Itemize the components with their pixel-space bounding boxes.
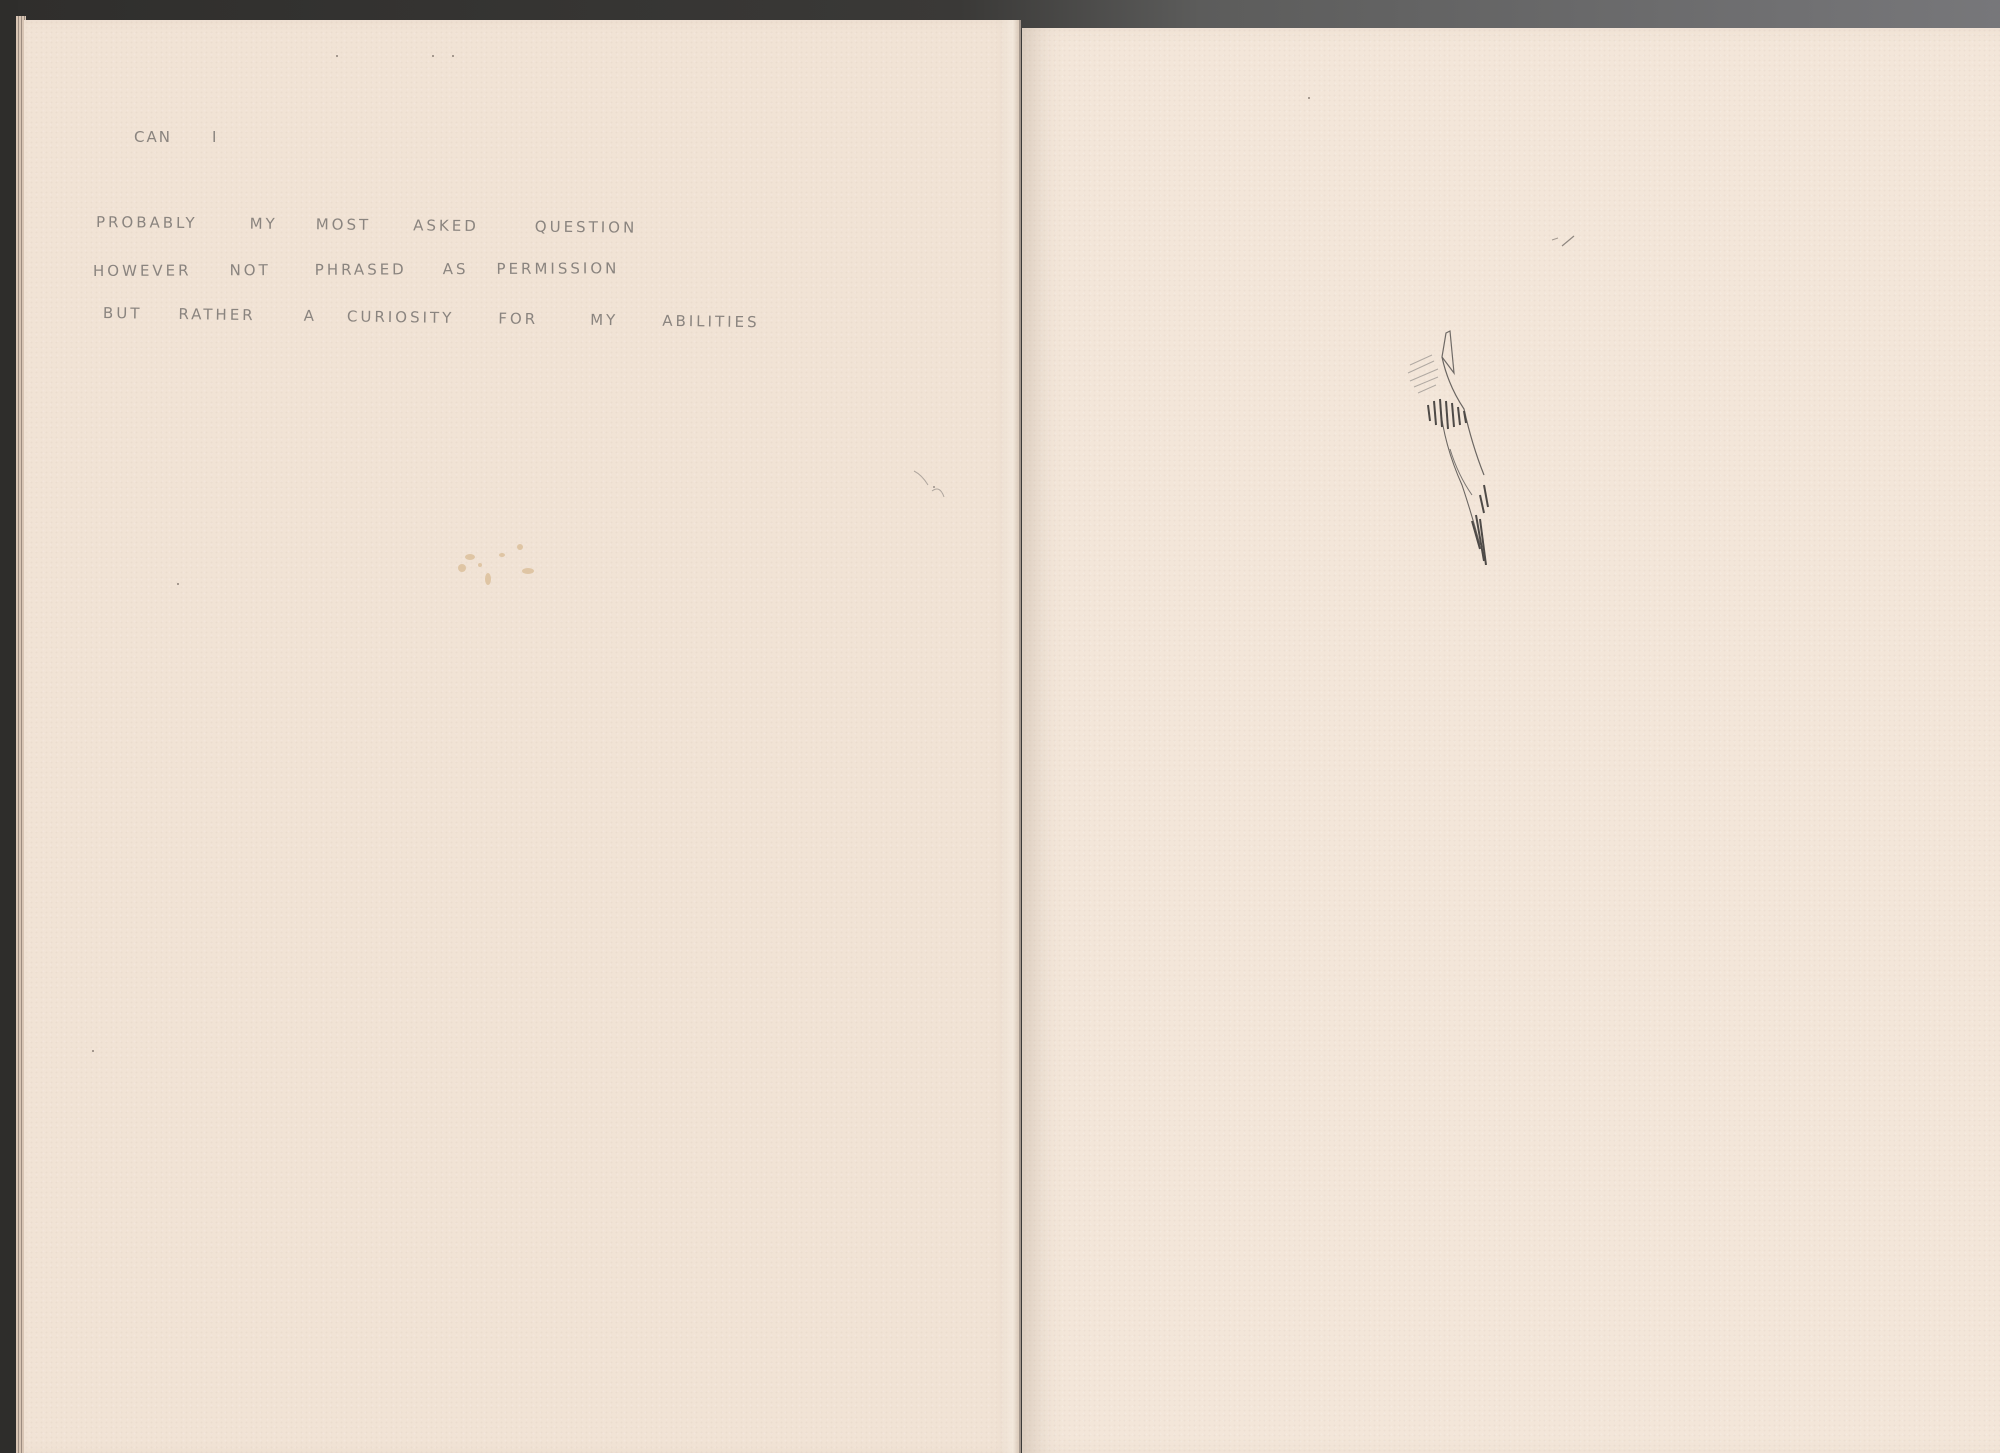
diving-figure-sketch-icon	[1380, 325, 1500, 565]
speck	[1308, 97, 1310, 99]
word: I	[212, 128, 218, 146]
pencil-tick-icon	[1550, 232, 1580, 252]
word: FOR	[498, 310, 538, 329]
pencil-scribble-icon	[910, 465, 960, 505]
word: ABILITIES	[662, 312, 760, 331]
word: A	[304, 307, 318, 325]
right-page	[1022, 28, 2000, 1453]
word: ASKED	[413, 216, 479, 235]
speck	[336, 55, 338, 57]
word: MOST	[316, 215, 372, 234]
handwritten-line-title: CANI	[134, 128, 218, 146]
word: MY	[590, 311, 618, 329]
word: QUESTION	[535, 218, 638, 237]
word: BUT	[103, 304, 143, 323]
speck	[452, 55, 454, 57]
word: CAN	[134, 128, 172, 146]
handwritten-line-2: HOWEVERNOTPHRASEDASPERMISSION	[93, 259, 619, 280]
word: RATHER	[178, 305, 256, 324]
spine-shadow	[1000, 20, 1018, 1453]
word: PROBABLY	[96, 213, 198, 232]
word: PHRASED	[315, 260, 407, 278]
word: AS	[443, 260, 469, 278]
word: CURIOSITY	[347, 307, 455, 326]
foxing-stain-icon	[440, 535, 560, 595]
word: HOWEVER	[93, 261, 192, 280]
speck	[177, 583, 179, 585]
speck	[92, 1050, 94, 1052]
speck	[432, 55, 434, 57]
word: PERMISSION	[496, 259, 619, 278]
spine	[1019, 20, 1021, 1453]
word: NOT	[230, 261, 271, 279]
word: MY	[250, 215, 278, 233]
